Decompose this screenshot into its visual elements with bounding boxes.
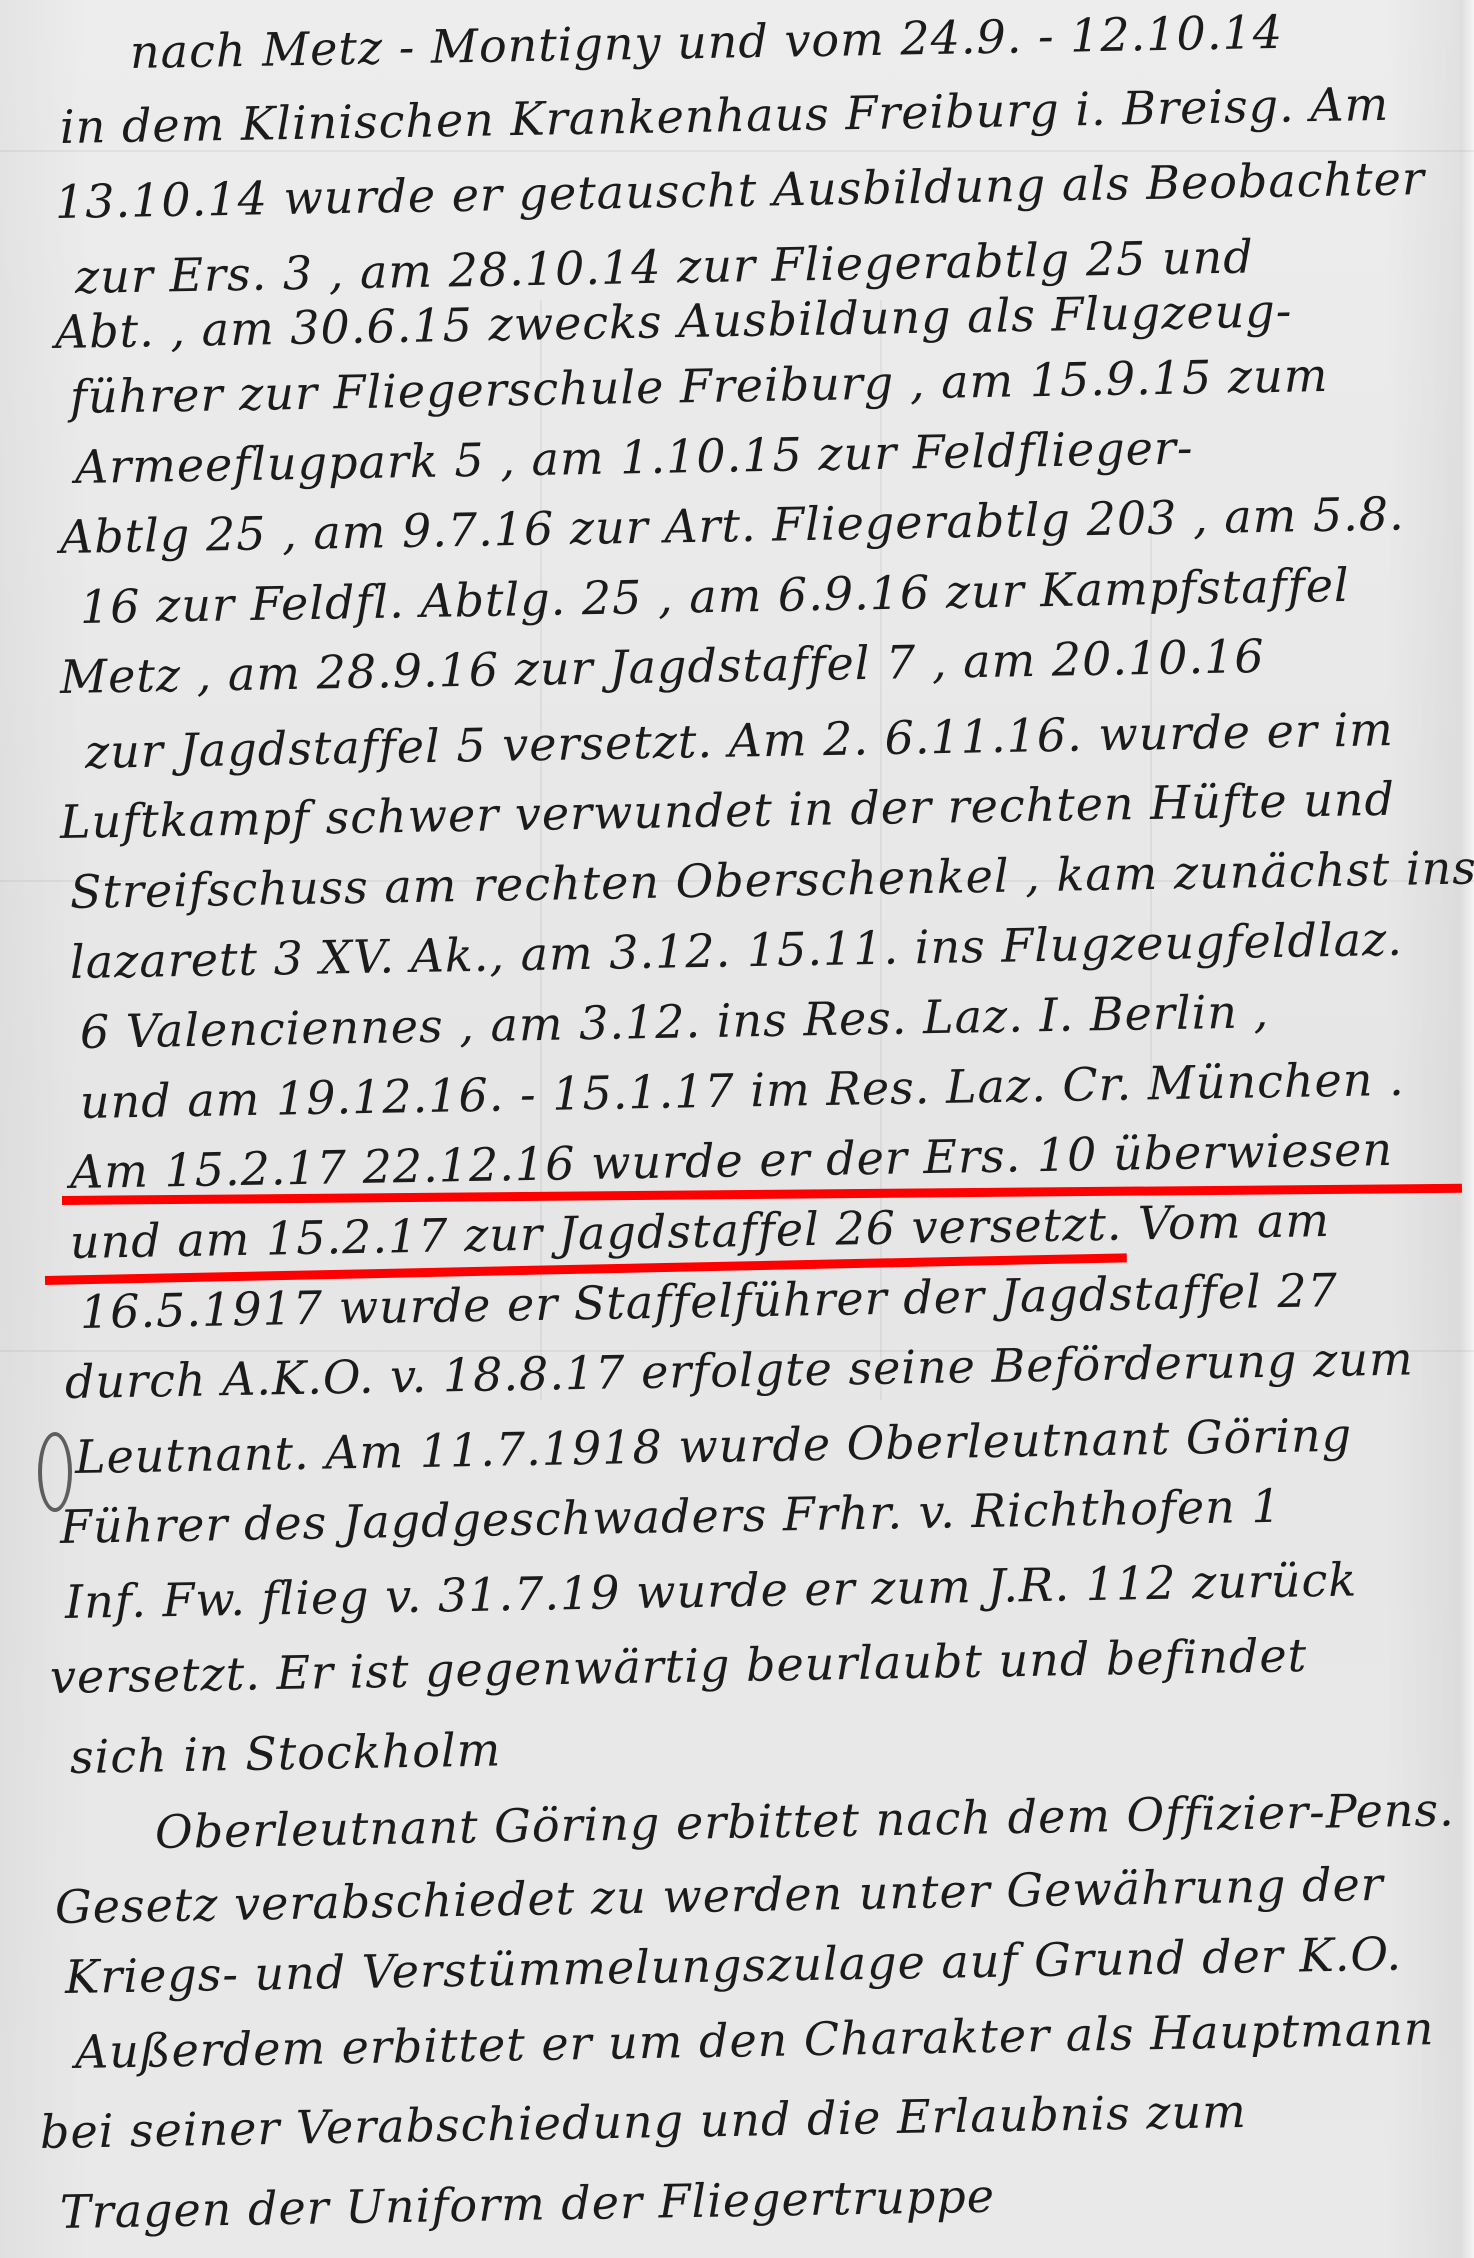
handwritten-line: sich in Stockholm	[70, 1722, 502, 1784]
handwritten-line: 13.10.14 wurde er getauscht Ausbildung a…	[55, 151, 1426, 229]
handwritten-line: bei seiner Verabschiedung und die Erlaub…	[40, 2084, 1248, 2159]
margin-circle-mark	[38, 1432, 72, 1512]
handwritten-line: lazarett 3 XV. Ak., am 3.12. 15.11. ins …	[70, 912, 1404, 989]
handwritten-line: versetzt. Er ist gegenwärtig beurlaubt u…	[50, 1628, 1308, 1704]
page-edge	[1460, 0, 1474, 2258]
handwritten-line: Streifschuss am rechten Oberschenkel , k…	[70, 838, 1474, 919]
handwritten-line: und am 19.12.16. - 15.1.17 im Res. Laz. …	[80, 1052, 1406, 1129]
handwritten-line: Leutnant. Am 11.7.1918 wurde Oberleutnan…	[75, 1408, 1353, 1484]
handwritten-line: Abtlg 25 , am 9.7.16 zur Art. Fliegerabt…	[60, 487, 1406, 564]
handwritten-line: Tragen der Uniform der Fliegertruppe	[60, 2169, 996, 2239]
handwritten-line: durch A.K.O. v. 18.8.17 erfolgte seine B…	[65, 1331, 1415, 1409]
handwritten-line: und am 15.2.17 zur Jagdstaffel 26 verset…	[70, 1193, 1331, 1269]
handwritten-line: 16 zur Feldfl. Abtlg. 25 , am 6.9.16 zur…	[80, 558, 1351, 634]
handwritten-line: Außerdem erbittet er um den Charakter al…	[75, 2001, 1435, 2079]
handwritten-line: Gesetz verabschiedet zu werden unter Gew…	[55, 1857, 1385, 1934]
handwritten-line: Luftkampf schwer verwundet in der rechte…	[60, 772, 1396, 849]
handwritten-line: Metz , am 28.9.16 zur Jagdstaffel 7 , am…	[60, 629, 1266, 704]
scanned-page: nach Metz - Montigny und vom 24.9. - 12.…	[0, 0, 1474, 2258]
handwritten-line: führer zur Fliegerschule Freiburg , am 1…	[70, 348, 1329, 424]
handwritten-line: in dem Klinischen Krankenhaus Freiburg i…	[60, 77, 1390, 154]
handwritten-line: Führer des Jagdgeschwaders Frhr. v. Rich…	[60, 1479, 1283, 1554]
handwritten-line: zur Jagdstaffel 5 versetzt. Am 2. 6.11.1…	[85, 702, 1395, 779]
handwritten-line: Kriegs- und Verstümmelungszulage auf Gru…	[65, 1927, 1403, 2004]
handwritten-line: Oberleutnant Göring erbittet nach dem Of…	[155, 1782, 1456, 1859]
handwritten-line: nach Metz - Montigny und vom 24.9. - 12.…	[130, 5, 1284, 79]
handwritten-line: 6 Valenciennes , am 3.12. ins Res. Laz. …	[80, 984, 1270, 1059]
handwritten-line: Inf. Fw. flieg v. 31.7.19 wurde er zum J…	[65, 1552, 1358, 1629]
handwritten-line: Armeeflugpark 5 , am 1.10.15 zur Feldfli…	[75, 420, 1194, 494]
